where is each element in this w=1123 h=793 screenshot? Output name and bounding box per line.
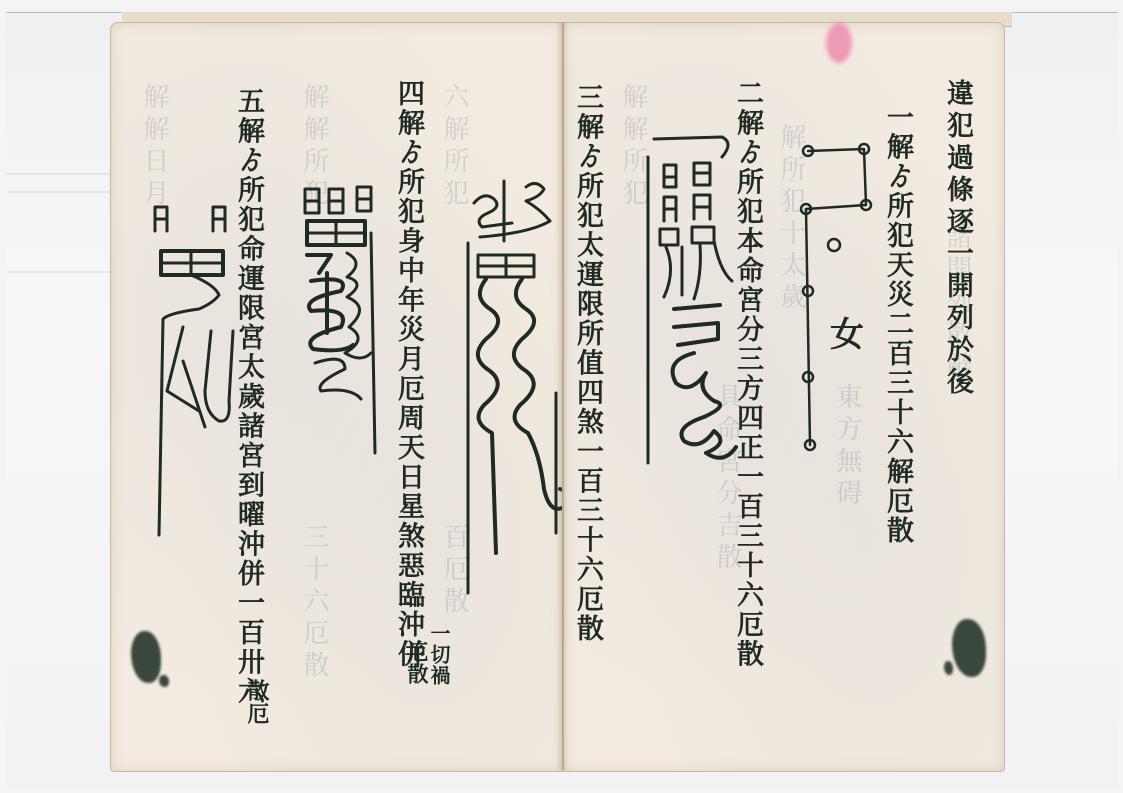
talisman-4-drawing: [456, 173, 566, 593]
ink-blot: [159, 675, 169, 687]
separator-mark: ゟ: [572, 142, 603, 172]
talisman-4b-drawing: [291, 173, 391, 483]
entry-4-ending: 厄散: [407, 641, 428, 685]
entry-4-number: 四解: [393, 79, 424, 138]
talisman-2-drawing: [630, 123, 740, 483]
left-page: 解解日月 解解所犯 六解所犯 三十六厄散 百厄散 四解ゟ所犯身中年災月厄周天日星…: [110, 22, 563, 772]
ink-blot: [952, 619, 986, 677]
pink-stain: [826, 23, 852, 63]
talisman-4b: [291, 173, 391, 487]
entry-3-ending: 厄散: [572, 585, 603, 644]
ink-blot: [944, 661, 953, 675]
ink-blot: [131, 631, 161, 683]
talisman-4: [456, 173, 566, 597]
entry-4-body: 所犯身中年災月厄周天日星煞惡臨沖併: [393, 168, 424, 670]
talisman-2: [630, 123, 740, 487]
talisman-1-drawing: [794, 131, 894, 471]
entry-5-ending: 散厄: [246, 679, 268, 725]
section-title: 違犯過條逐一開列於後: [944, 79, 971, 399]
separator-mark: ゟ: [393, 138, 424, 168]
entry-3-body: 所犯太運限所值四煞一百三十六: [572, 172, 603, 585]
entry-3-text: 三解ゟ所犯太運限所值四煞一百三十六厄散: [574, 83, 601, 644]
separator-mark: ゟ: [233, 146, 264, 176]
spine-fold: [556, 22, 568, 770]
show-through-text: 三十六厄散: [301, 523, 327, 683]
entry-3-number: 三解: [572, 83, 603, 142]
talisman-5: [141, 191, 251, 555]
talisman-5-drawing: [141, 191, 251, 551]
entry-2-ending: 厄散: [732, 610, 763, 669]
manuscript-spread: 解解日月 解解所犯 六解所犯 三十六厄散 百厄散 四解ゟ所犯身中年災月厄周天日星…: [100, 22, 1010, 770]
right-page: 解解所犯 具命宮分吉散 解所犯十太歲 東方無碍 諸開列散辭 違犯過條逐一開列於後…: [562, 22, 1005, 772]
talisman-1-character: 女: [830, 307, 864, 356]
entry-5-number: 五解: [233, 87, 264, 146]
entry-4-text: 四解ゟ所犯身中年災月厄周天日星煞惡臨沖併: [395, 79, 422, 669]
entry-4-side-note: 一切禍: [429, 623, 449, 686]
talisman-1: 女: [794, 131, 894, 475]
